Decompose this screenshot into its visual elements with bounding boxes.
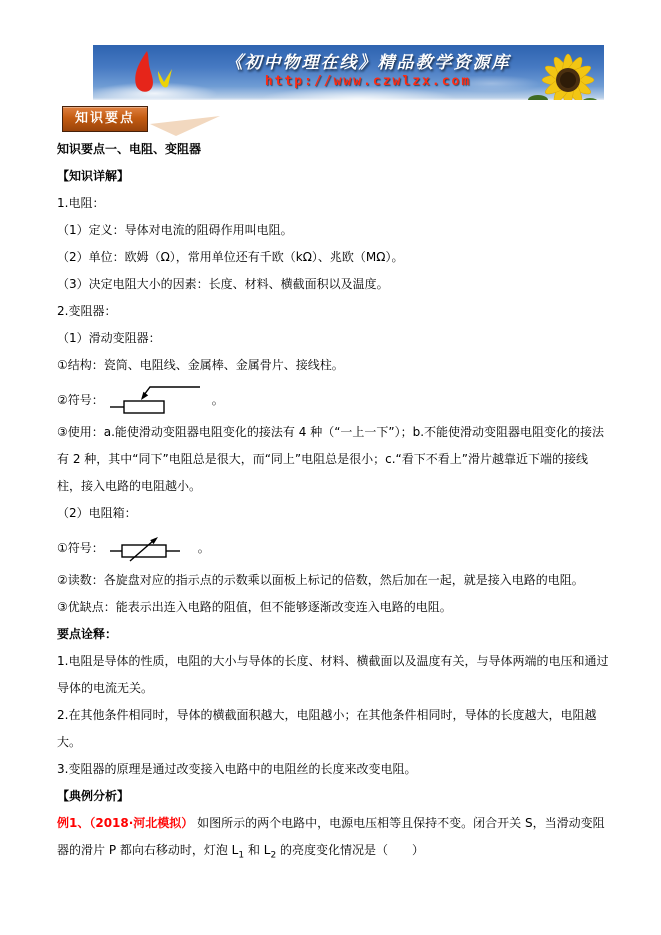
para-rheostat-structure: ①结构：瓷筒、电阻线、金属棒、金属骨片、接线柱。 <box>57 352 609 379</box>
section-title-example-analysis: 【典例分析】 <box>57 783 609 810</box>
document-body: 知识要点一、电阻、变阻器 【知识详解】 1.电阻： （1）定义：导体对电流的阻碍… <box>57 136 609 869</box>
variable-resistance-circuit-symbol-icon <box>108 531 194 563</box>
para-resistance-box-symbol: ①符号： 。 <box>57 527 609 567</box>
resistance-box-symbol-label: ①符号： <box>57 539 104 556</box>
resistance-box-symbol-period: 。 <box>198 539 210 556</box>
knowledge-points-badge: 知识要点 <box>62 106 222 138</box>
para-resistance-unit: （2）单位：欧姆（Ω），常用单位还有千欧（kΩ）、兆欧（MΩ）。 <box>57 244 609 271</box>
example-1-body-mid: 和 L <box>248 843 271 857</box>
header-banner: 《初中物理在线》精品教学资源库 http://www.czwlzx.com <box>93 45 604 100</box>
rheostat-symbol-period: 。 <box>212 391 224 408</box>
para-resistance-box-pros-cons: ③优缺点：能表示出连入电路的阻值，但不能够逐渐改变连入电路的电阻。 <box>57 594 609 621</box>
para-rheostat-usage: ③使用：a.能使滑动变阻器电阻变化的接法有 4 种（“一上一下”）；b.不能使滑… <box>57 419 609 500</box>
sliding-rheostat-circuit-symbol-icon <box>108 381 208 417</box>
example-1-sub1: 1 <box>238 850 244 860</box>
para-note-1: 1.电阻是导体的性质，电阻的大小与导体的长度、材料、横截面以及温度有关，与导体两… <box>57 648 609 702</box>
flame-logo-icon <box>125 49 177 97</box>
para-example-1: 例1、（2018·河北模拟） 如图所示的两个电路中，电源电压相等且保持不变。闭合… <box>57 810 609 869</box>
banner-title: 《初中物理在线》精品教学资源库 <box>183 48 553 73</box>
para-resistance-definition: （1）定义：导体对电流的阻碍作用叫电阻。 <box>57 217 609 244</box>
para-note-2: 2.在其他条件相同时，导体的横截面积越大，电阻越小；在其他条件相同时，导体的长度… <box>57 702 609 756</box>
rheostat-symbol-label: ②符号： <box>57 391 104 408</box>
badge-tail-decoration <box>150 116 222 138</box>
para-resistance-factors: （3）决定电阻大小的因素：长度、材料、横截面积以及温度。 <box>57 271 609 298</box>
doc-heading: 知识要点一、电阻、变阻器 <box>57 136 609 163</box>
section-title-knowledge-detail: 【知识详解】 <box>57 163 609 190</box>
banner-url: http://www.czwlzx.com <box>183 74 553 89</box>
section-title-key-notes: 要点诠释： <box>57 621 609 648</box>
para-rheostat-symbol: ②符号： 。 <box>57 379 609 419</box>
para-resistance: 1.电阻： <box>57 190 609 217</box>
para-resistance-box: （2）电阻箱： <box>57 500 609 527</box>
badge-label: 知识要点 <box>62 106 148 132</box>
example-1-sub2: 2 <box>270 850 276 860</box>
para-sliding-rheostat: （1）滑动变阻器： <box>57 325 609 352</box>
example-1-body-after: 的亮度变化情况是（ ） <box>280 843 424 857</box>
para-rheostat: 2.变阻器： <box>57 298 609 325</box>
sunflower-icon <box>528 48 600 100</box>
para-resistance-box-reading: ②读数：各旋盘对应的指示点的示数乘以面板上标记的倍数，然后加在一起，就是接入电路… <box>57 567 609 594</box>
para-note-3: 3.变阻器的原理是通过改变接入电路中的电阻丝的长度来改变电阻。 <box>57 756 609 783</box>
example-1-tag: 例1、（2018·河北模拟） <box>57 816 193 830</box>
